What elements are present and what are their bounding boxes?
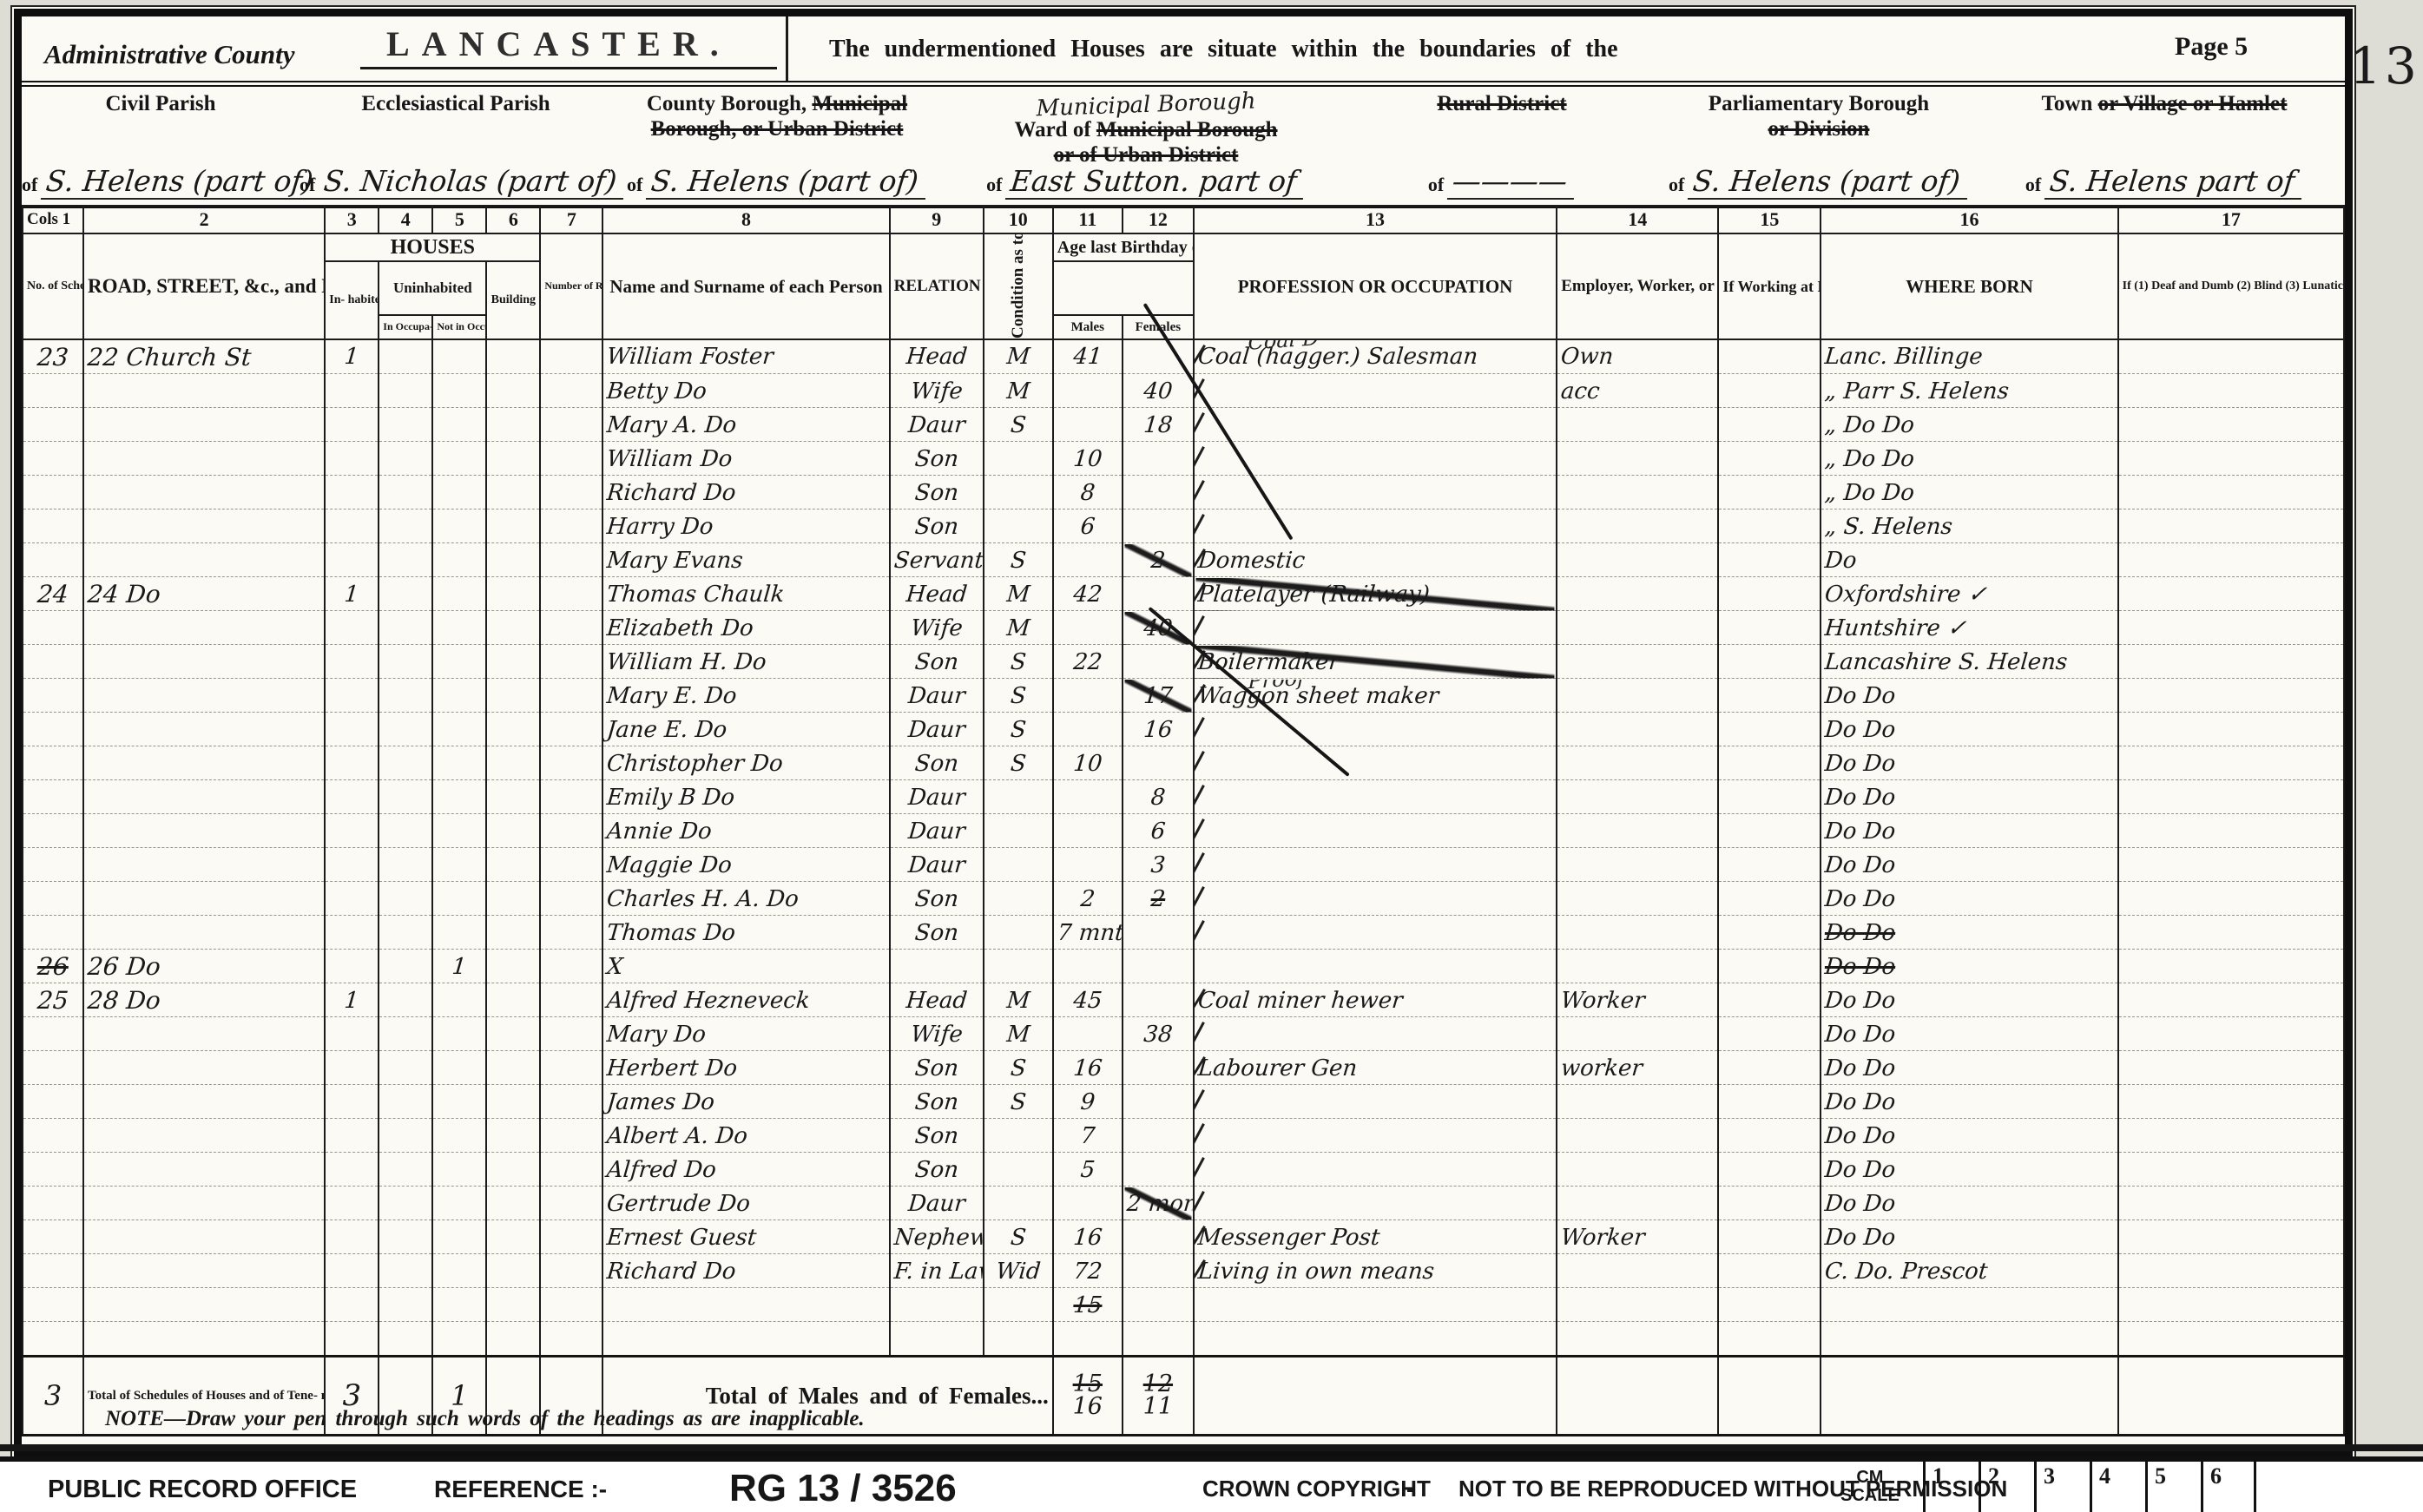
parish-label: County Borough, MunicipalBorough, or Urb… [612, 92, 942, 142]
cell-emp: Worker [1555, 983, 1720, 1017]
header-inhabited: In- habited [325, 261, 379, 339]
cell-notocc [432, 339, 486, 374]
cell-inh [325, 1254, 379, 1288]
cell-sched [23, 374, 83, 408]
cell-bldg [486, 1187, 540, 1220]
cell-m: 42 [1051, 577, 1123, 611]
cell-occ [1194, 1119, 1557, 1153]
header-uninhabited: Uninhabited [379, 261, 486, 315]
cell-emp: acc [1555, 374, 1720, 408]
cell-home [1718, 916, 1821, 950]
cell-cond: M [982, 374, 1054, 408]
cell-inh [325, 509, 379, 543]
census-form: Administrative County LANCASTER. The und… [14, 9, 2353, 1456]
cell-born: Do Do [1820, 950, 2120, 983]
cell-home [1718, 645, 1821, 679]
cell-inh [325, 1220, 379, 1254]
cell-infirm [2118, 950, 2344, 983]
cell-infirm [2118, 442, 2344, 476]
cell-emp [1557, 577, 1718, 611]
cell-emp: worker [1555, 1051, 1720, 1085]
cell-inocc [379, 746, 432, 780]
cell-bldg [486, 814, 540, 848]
table-row: Thomas DoSon7 mnthDo Do [23, 916, 2344, 950]
cell-inocc [379, 1119, 432, 1153]
cell-notocc [432, 1017, 486, 1051]
cell-inh [325, 882, 379, 916]
cell-road: 26 Do [82, 950, 326, 983]
cell-notocc [432, 1119, 486, 1153]
cell-home [1718, 476, 1821, 509]
header-occupation: PROFESSION OR OCCUPATION [1194, 233, 1557, 339]
cell-notocc: 1 [431, 950, 488, 983]
cell-name: Gertrude Do [602, 1187, 892, 1220]
cell-emp [1557, 1254, 1718, 1288]
cell-rooms [540, 509, 602, 543]
parish-label: Town or Village or Hamlet [1984, 92, 2345, 117]
cell-rel: Son [888, 645, 984, 679]
cell-home [1718, 339, 1821, 374]
cell-inocc [379, 848, 432, 882]
colnum-3: 3 [325, 206, 379, 233]
cell-emp [1557, 1187, 1718, 1220]
cell-rel: Daur [888, 780, 984, 814]
table-row: Harry DoSon6„ S. Helens [23, 509, 2344, 543]
cell-home [1718, 746, 1821, 780]
cell-name: James Do [602, 1085, 892, 1119]
table-row: 2528 Do1Alfred HezneveckHeadM45Coal mine… [23, 983, 2344, 1017]
cell-m [1053, 713, 1123, 746]
cell-bldg [486, 476, 540, 509]
cell-occ: Living in own means [1192, 1254, 1558, 1288]
cell-born: Do Do [1820, 780, 2120, 814]
table-row: Herbert DoSonS16Labourer GenworkerDo Do [23, 1051, 2344, 1085]
cell-rel: Daur [888, 713, 984, 746]
parish-band: Civil ParishofS. Helens (part of)Ecclesi… [22, 87, 2345, 208]
cell-f [1123, 1119, 1194, 1153]
cell-bldg [486, 543, 540, 577]
cell-inocc [379, 1322, 432, 1357]
cell-m: 45 [1051, 983, 1123, 1017]
cell-occ [1194, 916, 1557, 950]
cell-born: Do Do [1820, 1051, 2120, 1085]
cell-name: Christopher Do [602, 746, 892, 780]
cell-notocc [432, 509, 486, 543]
header-building: Building [486, 261, 540, 339]
cell-road [83, 543, 325, 577]
colnum-8: 8 [602, 206, 889, 233]
header-row-1: No. of Schedule ROAD, STREET, &c., and N… [23, 233, 2344, 261]
cell-occ [1194, 950, 1557, 983]
cell-road [83, 1085, 325, 1119]
cell-notocc [432, 476, 486, 509]
cell-infirm [2118, 543, 2344, 577]
cell-emp [1557, 746, 1718, 780]
cell-notocc [432, 1187, 486, 1220]
cell-emp [1557, 476, 1718, 509]
cell-occ: Coal miner hewer [1192, 983, 1558, 1017]
cell-cond [984, 1153, 1053, 1187]
cell-cond [984, 814, 1053, 848]
cell-infirm [2118, 1153, 2344, 1187]
cell-emp [1557, 442, 1718, 476]
parish-box-1: Civil ParishofS. Helens (part of) [22, 87, 300, 205]
cell-f: 2 months [1121, 1187, 1195, 1220]
header-males: Males [1053, 315, 1123, 339]
cell-f [1123, 476, 1194, 509]
cell-rel: Son [888, 746, 984, 780]
header-condition-text: Condition as to Marriage [1010, 234, 1027, 339]
totals-infirmity [2118, 1357, 2344, 1436]
parish-value: of———— [1350, 164, 1654, 200]
colnum-4: 4 [379, 206, 432, 233]
cell-sched [23, 509, 83, 543]
cell-road [83, 611, 325, 645]
cell-m [1053, 1187, 1123, 1220]
cell-occ [1194, 509, 1557, 543]
cell-notocc [432, 374, 486, 408]
cell-f [1123, 983, 1194, 1017]
cell-home [1718, 577, 1821, 611]
cell-sched [23, 1153, 83, 1187]
cell-sched [23, 882, 83, 916]
cm-scale-label: CM SCALE [1840, 1469, 1900, 1505]
cell-cond: S [982, 746, 1054, 780]
cell-m [1053, 543, 1123, 577]
cell-sched: 26 [21, 950, 84, 983]
table-row: 2424 Do1Thomas ChaulkHeadM42Platelayer (… [23, 577, 2344, 611]
cell-cond [984, 780, 1053, 814]
cell-infirm [2118, 983, 2344, 1017]
cell-road [83, 1254, 325, 1288]
totals-females-value: 11 [1143, 1393, 1173, 1420]
cell-cond [984, 1187, 1053, 1220]
cell-bldg [486, 1220, 540, 1254]
cell-inh [325, 374, 379, 408]
cell-bldg [486, 1017, 540, 1051]
cell-name: William Do [602, 442, 892, 476]
cell-home [1718, 950, 1821, 983]
cell-name: Mary A. Do [602, 408, 892, 442]
cell-notocc [432, 713, 486, 746]
cell-born: Lanc. Billinge [1820, 339, 2120, 374]
cell-home [1718, 1288, 1821, 1322]
cell-rel: Son [888, 1085, 984, 1119]
colnum-12: 12 [1123, 206, 1194, 233]
cell-inh [325, 814, 379, 848]
county-underline [360, 67, 777, 69]
parish-box-4: Municipal BoroughWard of Municipal Borou… [942, 87, 1350, 205]
cell-sched [23, 1017, 83, 1051]
cell-inocc [379, 442, 432, 476]
cell-inh [325, 442, 379, 476]
cell-rel: Wife [888, 1017, 984, 1051]
cell-rooms [540, 1051, 602, 1085]
cell-notocc [432, 1288, 486, 1322]
cell-born: Do Do [1820, 814, 2120, 848]
cell-inocc [379, 611, 432, 645]
cell-emp [1557, 950, 1718, 983]
cell-rel: Son [888, 1153, 984, 1187]
cell-sched [23, 645, 83, 679]
cell-sched [23, 1288, 83, 1322]
cell-infirm [2118, 611, 2344, 645]
cell-cond: M [982, 339, 1055, 374]
cell-road [83, 1051, 325, 1085]
cell-occ [1194, 1017, 1557, 1051]
cell-bldg [486, 1119, 540, 1153]
cell-cond [984, 509, 1053, 543]
cell-m [1053, 950, 1123, 983]
cell-rel: Son [888, 916, 984, 950]
cell-emp [1557, 1017, 1718, 1051]
cell-road [83, 746, 325, 780]
header-condition: Condition as to Marriage [984, 233, 1053, 339]
cell-inh: 1 [324, 577, 380, 611]
cell-inocc [379, 780, 432, 814]
cell-sched [23, 476, 83, 509]
public-record-office-label: PUBLIC RECORD OFFICE [48, 1476, 357, 1504]
scale-cell: 6 [2201, 1462, 2256, 1512]
cell-inh [325, 645, 379, 679]
cell-road: 28 Do [82, 983, 326, 1017]
cell-rooms [540, 339, 602, 374]
census-table: Cols 1 2 3 4 5 6 7 8 9 10 11 12 13 14 15… [22, 205, 2345, 1436]
colnum-9: 9 [890, 206, 984, 233]
cell-notocc [432, 746, 486, 780]
cell-road [83, 645, 325, 679]
cell-inocc [379, 983, 432, 1017]
cell-rel: Wife [888, 374, 984, 408]
colnum-14: 14 [1557, 206, 1718, 233]
table-row: Richard DoF. in LawWid72Living in own me… [23, 1254, 2344, 1288]
colnum-2: 2 [83, 206, 325, 233]
cell-f [1123, 442, 1194, 476]
cell-f [1123, 577, 1194, 611]
cell-notocc [432, 442, 486, 476]
cell-road [83, 882, 325, 916]
cell-bldg [486, 1085, 540, 1119]
cell-cond [984, 916, 1053, 950]
parish-box-2: Ecclesiastical ParishofS. Nicholas (part… [300, 87, 612, 205]
table-row: Jane E. DoDaurS16Do Do [23, 713, 2344, 746]
cell-m: 15 [1051, 1288, 1123, 1322]
cell-cond: S [982, 645, 1054, 679]
cell-emp [1557, 848, 1718, 882]
cell-cond: M [982, 983, 1054, 1017]
cell-inh [325, 1322, 379, 1357]
cell-inh [325, 543, 379, 577]
cell-road [83, 408, 325, 442]
cell-born: Do Do [1820, 1220, 2120, 1254]
cell-rel: Servant [888, 543, 984, 577]
colnum-1: Cols 1 [23, 206, 83, 233]
cell-rooms [540, 1322, 602, 1357]
cell-road [83, 509, 325, 543]
cell-road [83, 916, 325, 950]
colnum-15: 15 [1718, 206, 1821, 233]
cell-infirm [2118, 408, 2344, 442]
cell-home [1718, 509, 1821, 543]
cell-sched [23, 1322, 83, 1357]
table-row: James DoSonS9Do Do [23, 1085, 2344, 1119]
cell-f [1123, 916, 1194, 950]
parish-value-text: S. Helens (part of) [41, 164, 324, 200]
cell-home [1718, 543, 1821, 577]
colnum-13: 13 [1194, 206, 1557, 233]
cell-infirm [2118, 1051, 2344, 1085]
cell-infirm [2118, 1119, 2344, 1153]
cell-home [1718, 408, 1821, 442]
cell-rooms [540, 543, 602, 577]
cell-m: 2 [1051, 882, 1123, 916]
crown-copyright-label: CROWN COPYRIGHT [1202, 1476, 1431, 1502]
cell-occ [1194, 848, 1557, 882]
cell-bldg [486, 713, 540, 746]
cell-inocc [379, 408, 432, 442]
cell-rooms [540, 746, 602, 780]
table-row: Emily B DoDaur8Do Do [23, 780, 2344, 814]
cell-inocc [379, 1085, 432, 1119]
cell-infirm [2118, 746, 2344, 780]
header-in-occupation: In Occupa- tion. [379, 315, 432, 339]
table-row: William DoSon10„ Do Do [23, 442, 2344, 476]
cell-f: 16 [1121, 713, 1195, 746]
cell-f [1123, 1322, 1194, 1357]
colnum-5: 5 [432, 206, 486, 233]
cell-bldg [486, 577, 540, 611]
cell-cond [984, 882, 1053, 916]
table-row: Mary EvansServantS2DomesticDo [23, 543, 2344, 577]
cell-rooms [540, 1017, 602, 1051]
cell-inocc [379, 1187, 432, 1220]
cell-sched [23, 848, 83, 882]
cell-inh [325, 746, 379, 780]
cell-born: Do Do [1820, 848, 2120, 882]
column-numbers-row: Cols 1 2 3 4 5 6 7 8 9 10 11 12 13 14 15… [23, 206, 2344, 233]
cell-rel: Son [888, 509, 984, 543]
cell-rel: Son [888, 882, 984, 916]
table-row [23, 1322, 2344, 1357]
cell-road: 22 Church St [82, 339, 326, 374]
cell-sched: 25 [21, 983, 84, 1017]
cell-name: Mary Evans [602, 543, 892, 577]
county-stamp: LANCASTER. [386, 23, 731, 64]
parish-value-text: ———— [1447, 164, 1577, 200]
cell-m [1053, 408, 1123, 442]
cell-born: Oxfordshire ✓ [1820, 577, 2120, 611]
cell-bldg [486, 509, 540, 543]
cell-occ [1194, 1153, 1557, 1187]
cell-road [83, 1220, 325, 1254]
cell-sched [23, 543, 83, 577]
cell-f: 6 [1121, 814, 1195, 848]
cell-inocc [379, 950, 432, 983]
cell-rooms [540, 916, 602, 950]
cell-infirm [2118, 679, 2344, 713]
parish-value-text: S. Helens part of [2044, 164, 2305, 200]
occupation-scribble: Proof [1248, 679, 1305, 694]
cell-emp [1557, 1119, 1718, 1153]
parish-value: ofS. Helens part of [1984, 164, 2345, 200]
header-relation: RELATION to Head of Family [890, 233, 984, 339]
cell-inh [325, 1187, 379, 1220]
cell-rel: Daur [888, 848, 984, 882]
cell-inh: 1 [324, 983, 380, 1017]
cell-home [1718, 1085, 1821, 1119]
parish-box-5: Rural Districtof———— [1350, 87, 1654, 205]
cell-notocc [432, 814, 486, 848]
cell-notocc [432, 408, 486, 442]
totals-males-value: 16 [1073, 1393, 1103, 1420]
totals-males: 1516 [1053, 1357, 1123, 1436]
cell-sched: 24 [21, 577, 84, 611]
cell-occ [1194, 1322, 1557, 1357]
cell-home [1718, 679, 1821, 713]
cell-m: 16 [1051, 1220, 1123, 1254]
table-row: Ernest GuestNephewS16Messenger PostWorke… [23, 1220, 2344, 1254]
cell-rooms [540, 408, 602, 442]
cell-cond: S [982, 408, 1054, 442]
folio-number: 138 [2349, 36, 2419, 95]
cell-bldg [486, 611, 540, 645]
cell-sched [23, 780, 83, 814]
cell-f [1123, 1153, 1194, 1187]
cell-emp [1557, 645, 1718, 679]
cell-bldg [486, 1254, 540, 1288]
cell-home [1718, 374, 1821, 408]
cell-emp: Worker [1555, 1220, 1720, 1254]
cell-m: 41 [1051, 339, 1124, 374]
cell-name: Harry Do [602, 509, 892, 543]
table-row: Christopher DoSonS10Do Do [23, 746, 2344, 780]
cell-road [83, 848, 325, 882]
cell-occ: Waggon sheet makerProof [1192, 679, 1558, 713]
cell-bldg [486, 780, 540, 814]
cell-rooms [540, 645, 602, 679]
administrative-county-label: Administrative County [44, 39, 295, 70]
header-schedule: No. of Schedule [23, 233, 83, 339]
cell-home [1718, 1322, 1821, 1357]
cell-rooms [540, 679, 602, 713]
cell-rooms [540, 1085, 602, 1119]
cell-road [83, 1017, 325, 1051]
header-age-spacer [1053, 261, 1194, 315]
cell-road [83, 442, 325, 476]
cell-name: Herbert Do [602, 1051, 892, 1085]
cell-born: Do Do [1820, 882, 2120, 916]
totals-schedule-count: 3 [23, 1357, 83, 1436]
cell-cond [984, 442, 1053, 476]
cell-emp [1557, 611, 1718, 645]
table-row: 15 [23, 1288, 2344, 1322]
totals-employer [1557, 1357, 1718, 1436]
cell-name: Mary E. Do [602, 679, 892, 713]
cell-infirm [2118, 645, 2344, 679]
cell-home [1718, 442, 1821, 476]
cell-occ [1194, 476, 1557, 509]
header-rooms: Number of Rooms occupied if less than fi… [540, 233, 602, 339]
cell-occ [1194, 814, 1557, 848]
cell-born: C. Do. Prescot [1820, 1254, 2120, 1288]
cell-m: 22 [1051, 645, 1123, 679]
cell-occ [1194, 780, 1557, 814]
parish-label: Civil Parish [22, 92, 300, 117]
cell-name [602, 1322, 889, 1357]
cell-occ: Domestic [1192, 543, 1558, 577]
parish-label: Ecclesiastical Parish [300, 92, 612, 117]
cell-m [1053, 780, 1123, 814]
